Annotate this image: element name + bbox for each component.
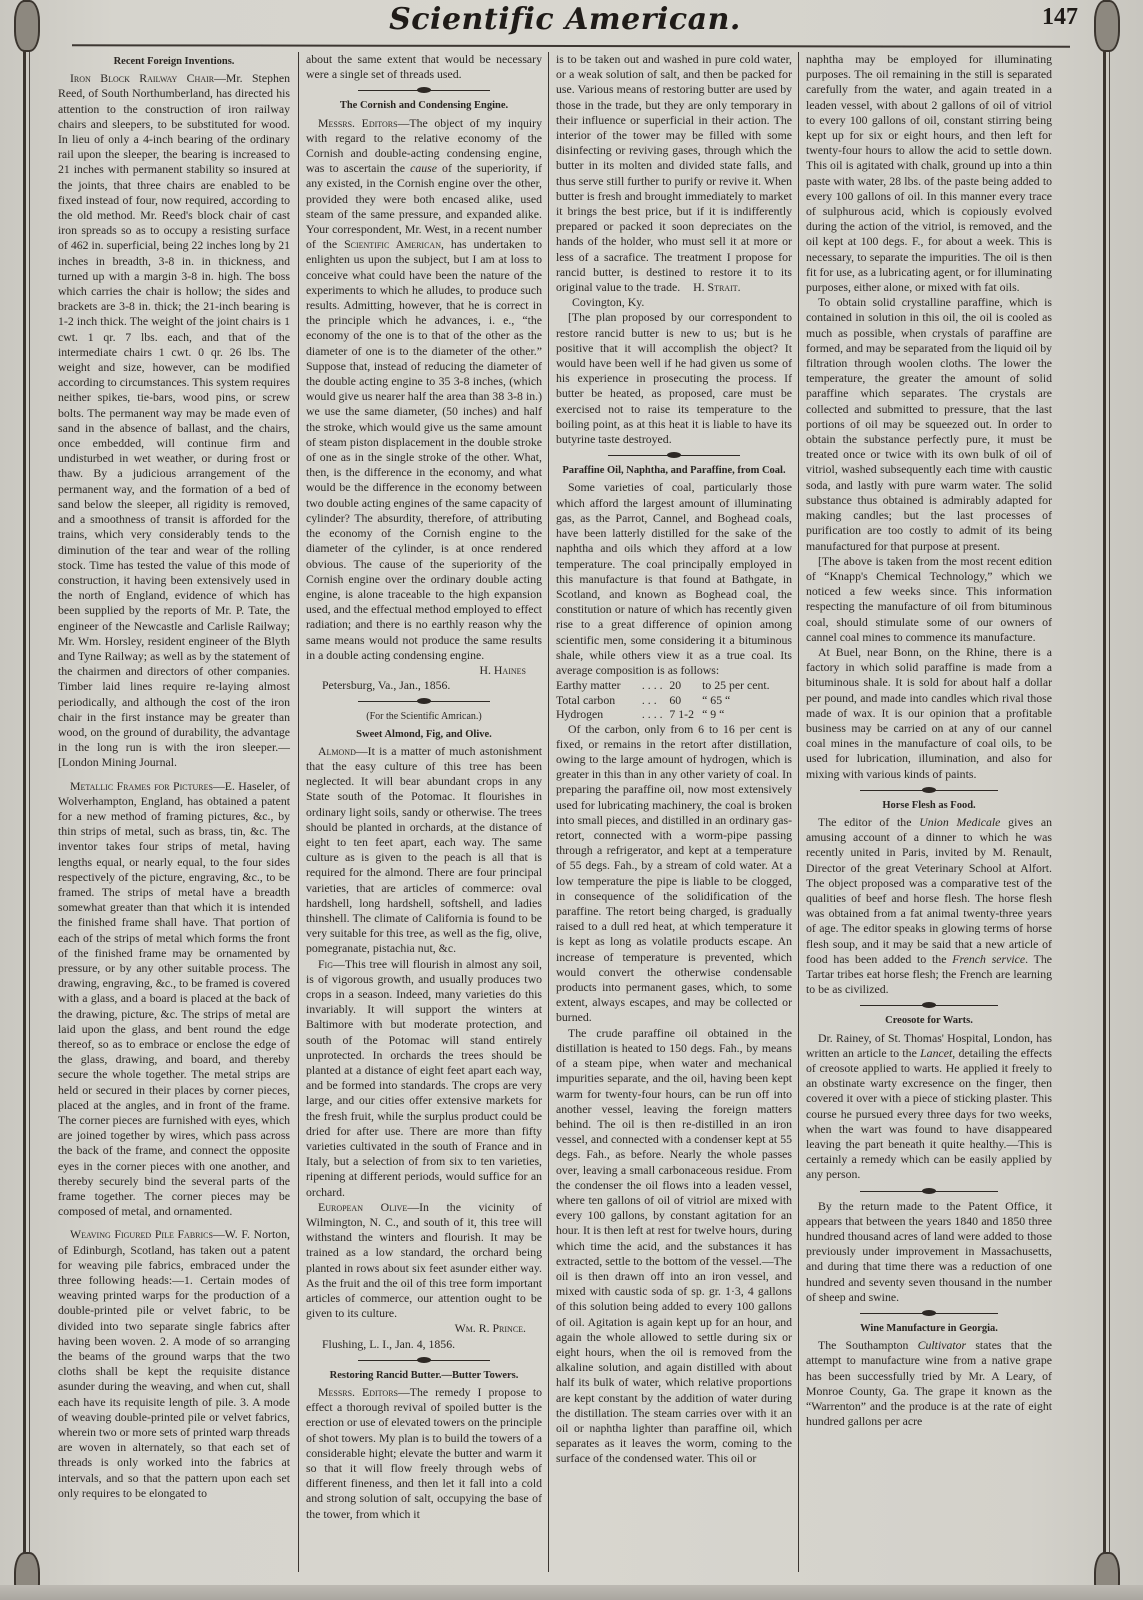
- leader-dots: . . .: [642, 693, 670, 708]
- dateline: Petersburg, Va., Jan., 1856.: [306, 678, 542, 693]
- section-divider-ornament: [306, 1354, 542, 1366]
- author-signature: Wm. R. Prince.: [306, 1321, 542, 1336]
- editor-note: [The above is taken from the most recent…: [806, 554, 1052, 645]
- column-1: Recent Foreign Inventions. Iron Block Ra…: [58, 52, 290, 1572]
- column-2: about the same extent that would be nece…: [306, 52, 542, 1572]
- composition-to: “ 9 “: [702, 707, 792, 722]
- article-text: —In the vicinity of Wilmington, N. C., a…: [306, 1200, 542, 1320]
- publication-title: Scientific American.: [40, 2, 1090, 37]
- column-4: naphtha may be employed for illuminating…: [806, 52, 1052, 1572]
- article-weaving-pile-fabrics: Weaving Figured Pile Fabrics—W. F. Norto…: [58, 1227, 290, 1501]
- section-divider-ornament: [306, 84, 542, 96]
- page-number: 147: [1042, 4, 1078, 31]
- section-heading: Recent Foreign Inventions.: [58, 54, 290, 69]
- table-row: Earthy matter . . . . 20 to 25 per cent.: [556, 678, 792, 693]
- article-continuation: is to be taken out and washed in pure co…: [556, 52, 792, 295]
- italic-word: cause: [410, 161, 437, 175]
- article-heading: Wine Manufacture in Georgia.: [806, 1321, 1052, 1336]
- article-lead: Messrs. Editors: [318, 116, 398, 130]
- column-rule: [548, 52, 549, 1572]
- table-row: Total carbon . . . 60 “ 65 “: [556, 693, 792, 708]
- article-heading: Paraffine Oil, Naphtha, and Paraffine, f…: [556, 463, 792, 478]
- section-divider-ornament: [806, 999, 1052, 1011]
- article-iron-block-railway-chair: Iron Block Railway Chair—Mr. Stephen Ree…: [58, 71, 290, 770]
- article-heading: The Cornish and Condensing Engine.: [306, 98, 542, 113]
- composition-to: “ 65 “: [702, 693, 792, 708]
- leader-dots: . . . .: [642, 707, 670, 722]
- article-text: —Mr. Stephen Reed, of South Northumberla…: [58, 71, 290, 769]
- article-lead: Iron Block Railway Chair: [70, 71, 214, 85]
- article-lead: European Olive: [318, 1200, 407, 1214]
- article-horse-flesh: The editor of the Union Medicale gives a…: [806, 815, 1052, 997]
- article-continuation: naphtha may be employed for illuminating…: [806, 52, 1052, 295]
- composition-table: Earthy matter . . . . 20 to 25 per cent.…: [556, 678, 792, 722]
- article-buel: At Buel, near Bonn, on the Rhine, there …: [806, 645, 1052, 782]
- italic-title: Union Medicale: [919, 815, 1000, 829]
- author-signature: H. Strait.: [693, 280, 740, 294]
- article-paraffine-p3: The crude paraffine oil obtained in the …: [556, 1026, 792, 1467]
- article-continuation: about the same extent that would be nece…: [306, 52, 542, 82]
- column-rule: [298, 52, 299, 1572]
- column-rule: [798, 52, 799, 1572]
- right-border-ornament: [1094, 0, 1116, 1600]
- italic-title: Lancet: [920, 1046, 952, 1060]
- article-lead: Almond: [318, 744, 356, 758]
- author-signature: H. Haines: [306, 663, 542, 678]
- article-lead: Fig: [318, 957, 333, 971]
- article-fig: Fig—This tree will flourish in almost an…: [306, 957, 542, 1200]
- article-text: , detailing the effects of creosote appl…: [806, 1046, 1052, 1182]
- section-divider-ornament: [806, 784, 1052, 796]
- composition-to: to 25 per cent.: [702, 678, 792, 693]
- masthead-rule: [72, 44, 1070, 47]
- italic-title: French service: [952, 952, 1025, 966]
- dateline: Flushing, L. I., Jan. 4, 1856.: [306, 1337, 542, 1352]
- article-wine-georgia: The Southampton Cultivator states that t…: [806, 1338, 1052, 1429]
- composition-from: 7 1-2: [669, 707, 702, 722]
- article-text: —The remedy I propose to effect a thorou…: [306, 1385, 542, 1521]
- article-olive: European Olive—In the vicinity of Wilmin…: [306, 1200, 542, 1322]
- left-border-ornament: [14, 0, 36, 1600]
- article-text: gives an amusing account of a dinner to …: [806, 815, 1052, 966]
- article-solid-paraffine: To obtain solid crystalline paraffine, w…: [806, 295, 1052, 553]
- article-heading: Horse Flesh as Food.: [806, 798, 1052, 813]
- section-divider-ornament: [306, 695, 542, 707]
- article-paraffine-p2: Of the carbon, only from 6 to 16 per cen…: [556, 722, 792, 1026]
- section-divider-ornament: [806, 1185, 1052, 1197]
- dateline: Covington, Ky.: [556, 295, 792, 310]
- article-text: is to be taken out and washed in pure co…: [556, 52, 792, 294]
- editor-note: [The plan proposed by our correspondent …: [556, 310, 792, 447]
- article-text: —E. Haseler, of Wolverhampton, England, …: [58, 779, 290, 1219]
- masthead: Scientific American. 147: [40, 0, 1090, 50]
- composition-from: 60: [669, 693, 702, 708]
- article-rancid-butter: Messrs. Editors—The remedy I propose to …: [306, 1385, 542, 1522]
- italic-title: Cultivator: [918, 1338, 967, 1352]
- article-text: , has undertaken to enlighten us upon th…: [306, 237, 542, 661]
- article-heading: Restoring Rancid Butter.—Butter Towers.: [306, 1368, 542, 1383]
- article-lead: Messrs. Editors: [318, 1385, 398, 1399]
- article-cornish-engine: Messrs. Editors—The object of my inquiry…: [306, 116, 542, 663]
- composition-name: Total carbon: [556, 693, 642, 708]
- article-lead: Metallic Frames for Pictures: [70, 779, 213, 793]
- article-text: —This tree will flourish in almost any s…: [306, 957, 542, 1199]
- article-almond: Almond—It is a matter of much astonishme…: [306, 744, 542, 957]
- article-text: The Southampton: [818, 1338, 918, 1352]
- article-paraffine-p1: Some varieties of coal, particularly tho…: [556, 480, 792, 678]
- section-divider-ornament: [806, 1307, 1052, 1319]
- article-text: —W. F. Norton, of Edinburgh, Scotland, h…: [58, 1227, 290, 1499]
- column-3: is to be taken out and washed in pure co…: [556, 52, 792, 1572]
- page-bottom-edge: [0, 1585, 1143, 1600]
- article-metallic-frames: Metallic Frames for Pictures—E. Haseler,…: [58, 779, 290, 1220]
- article-text: The editor of the: [818, 815, 919, 829]
- composition-name: Hydrogen: [556, 707, 642, 722]
- publication-name: Scientific American: [344, 237, 441, 251]
- leader-dots: . . . .: [642, 678, 670, 693]
- composition-name: Earthy matter: [556, 678, 642, 693]
- article-lead: Weaving Figured Pile Fabrics: [70, 1227, 213, 1241]
- newspaper-page: Scientific American. 147 Recent Foreign …: [0, 0, 1143, 1600]
- article-attribution: (For the Scientific Amrican.): [306, 709, 542, 724]
- section-divider-ornament: [556, 449, 792, 461]
- article-heading: Sweet Almond, Fig, and Olive.: [306, 727, 542, 742]
- article-creosote: Dr. Rainey, of St. Thomas' Hospital, Lon…: [806, 1031, 1052, 1183]
- composition-from: 20: [669, 678, 702, 693]
- article-heading: Creosote for Warts.: [806, 1013, 1052, 1028]
- article-patent-office: By the return made to the Patent Office,…: [806, 1199, 1052, 1305]
- article-text: —It is a matter of much astonishment tha…: [306, 744, 542, 956]
- table-row: Hydrogen . . . . 7 1-2 “ 9 “: [556, 707, 792, 722]
